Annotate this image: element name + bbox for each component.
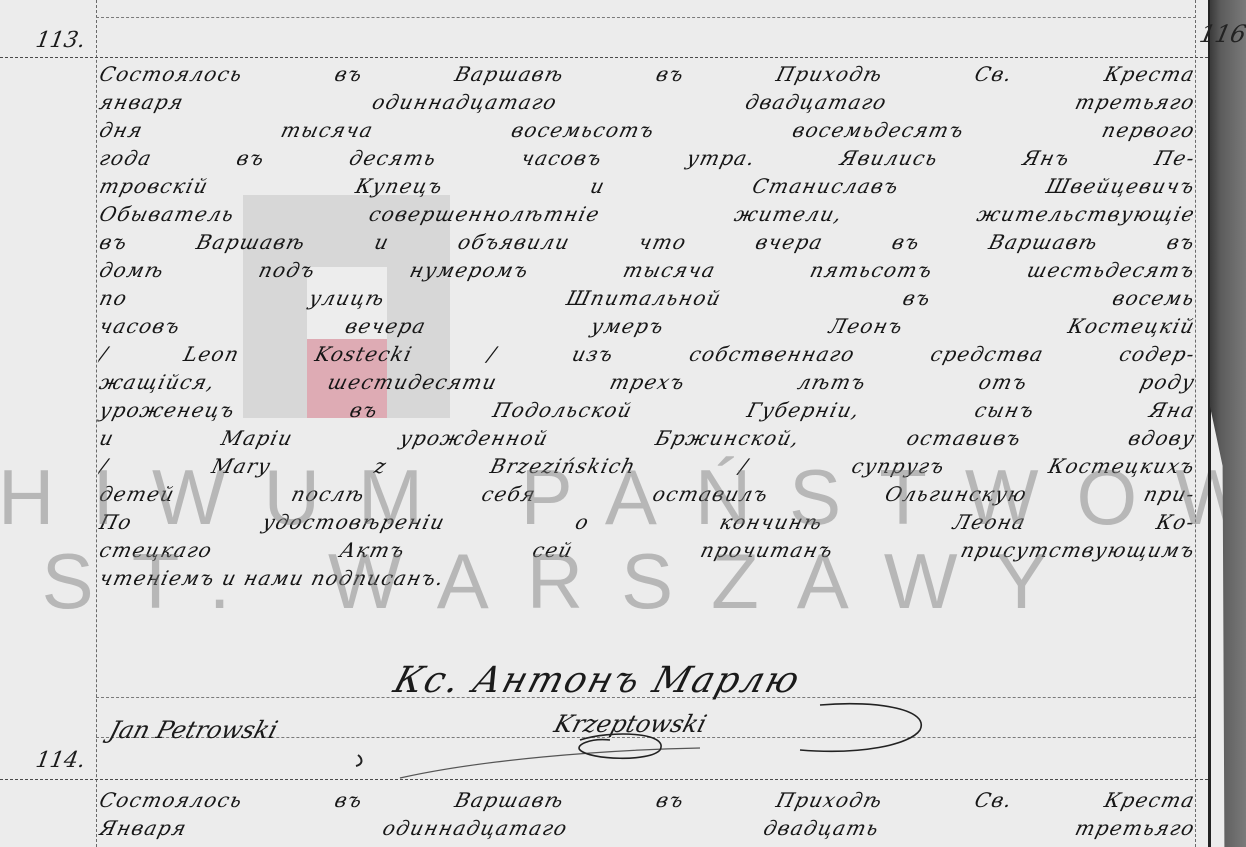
text-line: января одиннадцатаго двадцатаго третьяго	[97, 88, 1199, 116]
text-line: / Leon Kostecki / изъ собственнаго средс…	[97, 340, 1199, 368]
ruled-line	[96, 17, 1196, 18]
text-line: Января одиннадцатаго двадцать третьяго	[97, 814, 1199, 842]
record-text: Состоялось въ Варшавѣ въ Приходѣ Св. Кре…	[100, 786, 1195, 842]
text-line: Обыватель совершеннолѣтніе жители, жител…	[97, 200, 1199, 228]
text-line: Состоялось въ Варшавѣ въ Приходѣ Св. Кре…	[97, 786, 1199, 814]
text-line: Состоялось въ Варшавѣ въ Приходѣ Св. Кре…	[97, 60, 1199, 88]
watermark-text-line-1: HIWUM PAŃSTWOWE	[0, 452, 1246, 543]
text-line: года въ десять часовъ утра. Явились Янъ …	[97, 144, 1199, 172]
register-page: 113. Состоялось въ Варшавѣ въ Приходѣ Св…	[0, 0, 1246, 847]
text-line: жащійся, шестидесяти трехъ лѣтъ отъ роду	[97, 368, 1199, 396]
text-line: часовъ вечера умеръ Леонъ Костецкій	[97, 312, 1199, 340]
signature-official: Кс. Антонъ Марлю	[389, 660, 806, 701]
text-line: въ Варшавѣ и объявили что вчера въ Варша…	[97, 228, 1199, 256]
text-line: тровскій Купецъ и Станиславъ Швейцевичъ	[97, 172, 1199, 200]
text-line: домѣ подъ нумеромъ тысяча пятьсотъ шесть…	[97, 256, 1199, 284]
record-separator-line	[0, 57, 1208, 58]
signature-flourish	[280, 700, 940, 790]
watermark-text-line-2: .ST. WARSZAWY	[0, 536, 1086, 627]
next-page-number: 116	[1197, 20, 1246, 48]
signature-witness-1: Jan Petrowski	[106, 716, 281, 744]
text-line: по улицѣ Шпитальной въ восемь	[97, 284, 1199, 312]
text-line: и Маріи урожденной Бржинской, оставивъ в…	[97, 424, 1199, 452]
record-number: 114.	[34, 748, 87, 773]
text-line: уроженецъ въ Подольской Губерніи, сынъ Я…	[97, 396, 1199, 424]
record-number: 113.	[34, 28, 87, 53]
book-binding-gutter	[1210, 0, 1246, 847]
text-line: дня тысяча восемьсотъ восемьдесятъ перво…	[97, 116, 1199, 144]
